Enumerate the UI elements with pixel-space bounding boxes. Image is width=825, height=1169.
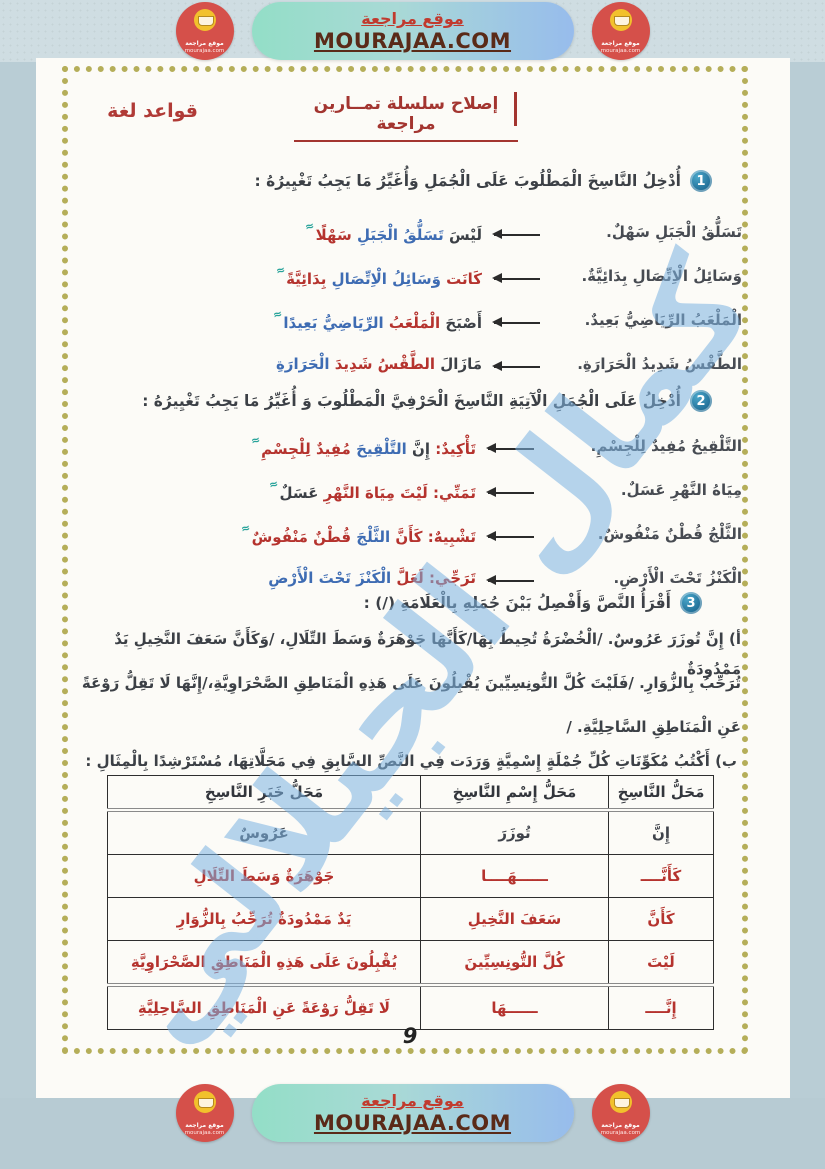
squiggle-mark-icon: ≈	[304, 219, 315, 234]
exercise-line: الثَّلْجُ قُطْنٌ مَنْفُوشٌ.تَشْبِيهٌ: كَ…	[66, 520, 742, 548]
paragraph-line: تُرَحِّبُ بِالزُّوَارِ. /فَلَيْتَ كُلَّ …	[68, 668, 741, 712]
answer-segment: الْمَلْعَبُ	[384, 314, 441, 332]
grammar-table: مَحَلُّ النَّاسِخِمَحَلُّ إِسْمِ النَّاس…	[107, 775, 714, 1030]
exercise-line: التَّلْقِيحُ مُفِيدٌ لِلْجِسْمِ.تَأْكِيد…	[66, 432, 742, 460]
exercise-2-number-badge: 2	[690, 390, 712, 412]
transform-arrow-icon	[494, 234, 540, 236]
answer-segment: عَسَلٌ	[280, 484, 319, 502]
table-cell: ــــــهَــــا	[421, 855, 609, 898]
answer-segment: مُفِيدٌ لِلْجِسْمِ	[261, 440, 351, 458]
answer-sentence: مَازَالَ الطَّقْسُ شَدِيدَ الْحَرَارَةِ	[276, 355, 482, 373]
logo-text-url: mourajaa.com	[592, 48, 650, 54]
bottom-banner: موقع مراجعة mourajaa.com موقع مراجعة MOU…	[0, 1084, 825, 1142]
exercise-line: تَسَلُّقُ الْجَبَلِ سَهْلٌ.لَيْسَ تَسَلُ…	[66, 218, 742, 246]
transform-arrow-icon	[494, 278, 540, 280]
paragraph-line: عَنِ الْمَنَاطِقِ السَّاحِلِيَّةِ. /	[68, 712, 741, 756]
answer-segment: كَأَنَّ	[390, 528, 422, 546]
answer-segment: الرِّيَاضِيُّ	[317, 314, 383, 332]
logo-text-url: mourajaa.com	[176, 48, 234, 54]
exercise-line: الطَّقْسُ شَدِيدُ الْحَرَارَةِ.مَازَالَ …	[66, 350, 742, 378]
answer-segment: لَيْتَ	[395, 484, 428, 502]
table-row: كَأَنَّسَعَفَ النَّخِيلِيَدٌ مَمْدُودَةٌ…	[108, 898, 714, 941]
table-row: كَأَنَّــــــــــهَــــاجَوْهَرَةٌ وَسَط…	[108, 855, 714, 898]
site-banner-pill: موقع مراجعة MOURAJAA.COM	[252, 1084, 574, 1142]
source-sentence: الطَّقْسُ شَدِيدُ الْحَرَارَةِ.	[552, 355, 742, 373]
exercise-1-header: 1 أُدْخِلُ النَّاسِخَ الْمَطْلُوبَ عَلَى…	[66, 168, 712, 194]
squiggle-mark-icon: ≈	[268, 477, 279, 492]
exercise-3: 3 أَقْرَأُ النَّصَّ وَأَفْصِلُ بَيْنَ جُ…	[66, 590, 742, 616]
answer-segment: سَهْلًا	[316, 226, 352, 244]
answer-sentence: تَأْكِيدٌ: إِنَّ التَّلْقِيحَ مُفِيدٌ لِ…	[249, 434, 476, 458]
worksheet-page: قواعد لغة إصلاح سلسلة تمــارين مراجعة 1 …	[36, 58, 790, 1098]
answer-segment: كَانَت	[441, 270, 482, 288]
table-row: إِنَّــــــــــهَالَا تَقِلُّ رَوْعَةً ع…	[108, 985, 714, 1030]
exercise-2-items: التَّلْقِيحُ مُفِيدٌ لِلْجِسْمِ.تَأْكِيد…	[66, 432, 742, 592]
source-sentence: الثَّلْجُ قُطْنٌ مَنْفُوشٌ.	[546, 525, 742, 543]
logo-text-ar: موقع مراجعة	[592, 40, 650, 47]
answer-segment: لَعَلَّ	[391, 569, 424, 587]
title-pen-mark	[514, 92, 517, 126]
answer-segment: التَّلْقِيحَ	[351, 440, 407, 458]
answer-segment: الْكَنْزَ	[351, 569, 391, 587]
exercise-line: مِيَاهُ النَّهْرِ عَسَلٌ.تَمَنِّي: لَيْت…	[66, 476, 742, 504]
answer-segment: قُطْنٌ مَنْفُوشٌ	[252, 528, 351, 546]
paragraph-line: أ) إِنَّ تُوزَرَ عَرُوسٌ. /الْخُضْرَةُ ت…	[68, 624, 741, 668]
table-header-cell: مَحَلُّ إِسْمِ النَّاسِخِ	[421, 776, 609, 811]
grammar-table-wrap: مَحَلُّ النَّاسِخِمَحَلُّ إِسْمِ النَّاس…	[107, 775, 713, 1030]
table-header-row: مَحَلُّ النَّاسِخِمَحَلُّ إِسْمِ النَّاس…	[108, 776, 714, 811]
exercise-1-prompt: أُدْخِلُ النَّاسِخَ الْمَطْلُوبَ عَلَى ا…	[255, 172, 681, 190]
book-icon	[194, 1091, 216, 1113]
table-cell: لَيْتَ	[609, 941, 714, 986]
answer-segment: وَسَائِلُ الْاِتِّصَالِ	[326, 270, 441, 288]
table-cell: يَدٌ مَمْدُودَةٌ تُرَحِّبُ بِالزُّوَارِ	[108, 898, 421, 941]
logo-text-ar: موقع مراجعة	[592, 1122, 650, 1129]
table-cell: يُقْبِلُونَ عَلَى هَذِهِ الْمَنَاطِقِ ال…	[108, 941, 421, 986]
table-cell: عَرُوسٌ	[108, 810, 421, 855]
exercise-1: 1 أُدْخِلُ النَّاسِخَ الْمَطْلُوبَ عَلَى…	[66, 168, 742, 394]
site-logo-badge: موقع مراجعة mourajaa.com	[176, 2, 234, 60]
table-cell: تُوزَرَ	[421, 810, 609, 855]
site-name-arabic[interactable]: موقع مراجعة	[361, 9, 464, 28]
answer-segment: بَعِيدًا	[283, 314, 317, 332]
exercise-2-prompt: أُدْخِلُ عَلَى الْجُمَلِ الْآتِيَةِ النَ…	[142, 392, 681, 410]
answer-type-label: تَرَجِّي:	[424, 569, 476, 587]
transform-arrow-icon	[494, 366, 540, 368]
answer-sentence: تَشْبِيهٌ: كَأَنَّ الثَّلْجَ قُطْنٌ مَنْ…	[239, 522, 476, 546]
answer-segment: الطَّقْسُ	[372, 355, 435, 373]
exercise-1-items: تَسَلُّقُ الْجَبَلِ سَهْلٌ.لَيْسَ تَسَلُ…	[66, 218, 742, 378]
logo-text-ar: موقع مراجعة	[176, 40, 234, 47]
answer-segment: الثَّلْجَ	[351, 528, 390, 546]
source-sentence: الْكَنْزُ تَحْتَ الْأَرْضِ.	[546, 569, 742, 587]
top-banner: موقع مراجعة mourajaa.com موقع مراجعة MOU…	[0, 2, 825, 60]
transform-arrow-icon	[488, 580, 534, 582]
exercise-3-paragraph-b: ب) أَكْتُبُ مُكَوِّنَاتِ كُلِّ جُمْلَةٍ …	[68, 752, 737, 770]
answer-segment: أَصْبَحَ	[440, 314, 482, 332]
squiggle-mark-icon: ≈	[274, 263, 285, 278]
exercise-3-number-badge: 3	[680, 592, 702, 614]
site-logo-badge: موقع مراجعة mourajaa.com	[592, 1084, 650, 1142]
transform-arrow-icon	[494, 322, 540, 324]
exercise-2-header: 2 أُدْخِلُ عَلَى الْجُمَلِ الْآتِيَةِ ال…	[66, 388, 712, 414]
answer-type-label: تَمَنِّي:	[428, 484, 476, 502]
table-cell: ــــــهَا	[421, 985, 609, 1030]
answer-segment: الْحَرَارَةِ	[276, 355, 330, 373]
site-banner-pill: موقع مراجعة MOURAJAA.COM	[252, 2, 574, 60]
answer-segment: بِدَائِيَّةً	[286, 270, 326, 288]
answer-sentence: كَانَت وَسَائِلُ الْاِتِّصَالِ بِدَائِيَ…	[274, 264, 482, 288]
page-title: إصلاح سلسلة تمــارين مراجعة	[294, 94, 518, 142]
source-sentence: الْمَلْعَبُ الرِّيَاضِيُّ بَعِيدٌ.	[552, 311, 742, 329]
exercise-3-paragraph-a: أ) إِنَّ تُوزَرَ عَرُوسٌ. /الْخُضْرَةُ ت…	[68, 624, 741, 756]
exercise-3-prompt: أَقْرَأُ النَّصَّ وَأَفْصِلُ بَيْنَ جُمَ…	[364, 594, 671, 612]
answer-type-label: تَأْكِيدٌ:	[430, 440, 476, 458]
table-cell: كُلَّ التُّونِسِيِّينَ	[421, 941, 609, 986]
exercise-line: الْكَنْزُ تَحْتَ الْأَرْضِ.تَرَجِّي: لَع…	[66, 564, 742, 592]
exercise-line: وَسَائِلُ الْاِتِّصَالِ بِدَائِيَّةٌ.كَا…	[66, 262, 742, 290]
transform-arrow-icon	[488, 448, 534, 450]
answer-segment: مَازَالَ	[435, 355, 482, 373]
table-row: إِنَّتُوزَرَعَرُوسٌ	[108, 810, 714, 855]
table-cell: سَعَفَ النَّخِيلِ	[421, 898, 609, 941]
exercise-3-header: 3 أَقْرَأُ النَّصَّ وَأَفْصِلُ بَيْنَ جُ…	[66, 590, 702, 616]
squiggle-mark-icon: ≈	[272, 307, 283, 322]
squiggle-mark-icon: ≈	[249, 433, 260, 448]
exercise-2: 2 أُدْخِلُ عَلَى الْجُمَلِ الْآتِيَةِ ال…	[66, 388, 742, 608]
table-cell: كَأَنَّ	[609, 898, 714, 941]
answer-segment: مِيَاهَ النَّهْرِ	[318, 484, 394, 502]
subject-label: قواعد لغة	[107, 100, 198, 122]
transform-arrow-icon	[488, 536, 534, 538]
answer-segment: تَسَلُّقُ الْجَبَلِ	[352, 226, 444, 244]
exercise-1-number-badge: 1	[690, 170, 712, 192]
logo-text-url: mourajaa.com	[592, 1130, 650, 1136]
table-cell: جَوْهَرَةٌ وَسَطَ التِّلَالِ	[108, 855, 421, 898]
source-sentence: تَسَلُّقُ الْجَبَلِ سَهْلٌ.	[552, 223, 742, 241]
table-header-cell: مَحَلُّ خَبَرِ النَّاسِخِ	[108, 776, 421, 811]
table-cell: لَا تَقِلُّ رَوْعَةً عَنِ الْمَنَاطِقِ ا…	[108, 985, 421, 1030]
exercise-line: الْمَلْعَبُ الرِّيَاضِيُّ بَعِيدٌ.أَصْبَ…	[66, 306, 742, 334]
table-row: لَيْتَكُلَّ التُّونِسِيِّينَيُقْبِلُونَ …	[108, 941, 714, 986]
table-cell: إِنَّــــ	[609, 985, 714, 1030]
site-url-link[interactable]: MOURAJAA.COM	[314, 1111, 511, 1135]
answer-sentence: تَمَنِّي: لَيْتَ مِيَاهَ النَّهْرِ عَسَل…	[267, 478, 476, 502]
site-name-arabic[interactable]: موقع مراجعة	[361, 1091, 464, 1110]
source-sentence: وَسَائِلُ الْاِتِّصَالِ بِدَائِيَّةٌ.	[552, 267, 742, 285]
answer-sentence: أَصْبَحَ الْمَلْعَبُ الرِّيَاضِيُّ بَعِي…	[271, 308, 482, 332]
source-sentence: مِيَاهُ النَّهْرِ عَسَلٌ.	[546, 481, 742, 499]
table-cell: كَأَنَّــــ	[609, 855, 714, 898]
answer-segment: تَحْتَ الْأَرْضِ	[268, 569, 351, 587]
site-logo-badge: موقع مراجعة mourajaa.com	[176, 1084, 234, 1142]
logo-text-ar: موقع مراجعة	[176, 1122, 234, 1129]
logo-text-url: mourajaa.com	[176, 1130, 234, 1136]
answer-segment: لَيْسَ	[444, 226, 482, 244]
book-icon	[610, 9, 632, 31]
site-url-link[interactable]: MOURAJAA.COM	[314, 29, 511, 53]
page-number: 9	[380, 1024, 440, 1048]
source-sentence: التَّلْقِيحُ مُفِيدٌ لِلْجِسْمِ.	[546, 437, 742, 455]
book-icon	[610, 1091, 632, 1113]
table-cell: إِنَّ	[609, 810, 714, 855]
book-icon	[194, 9, 216, 31]
answer-segment: شَدِيدَ	[330, 355, 373, 373]
site-logo-badge: موقع مراجعة mourajaa.com	[592, 2, 650, 60]
transform-arrow-icon	[488, 492, 534, 494]
answer-sentence: لَيْسَ تَسَلُّقُ الْجَبَلِ سَهْلًا≈	[303, 220, 482, 244]
answer-type-label: تَشْبِيهٌ:	[423, 528, 476, 546]
answer-sentence: تَرَجِّي: لَعَلَّ الْكَنْزَ تَحْتَ الْأَ…	[268, 569, 476, 587]
answer-segment: إِنَّ	[407, 440, 430, 458]
table-header-cell: مَحَلُّ النَّاسِخِ	[609, 776, 714, 811]
squiggle-mark-icon: ≈	[240, 521, 251, 536]
